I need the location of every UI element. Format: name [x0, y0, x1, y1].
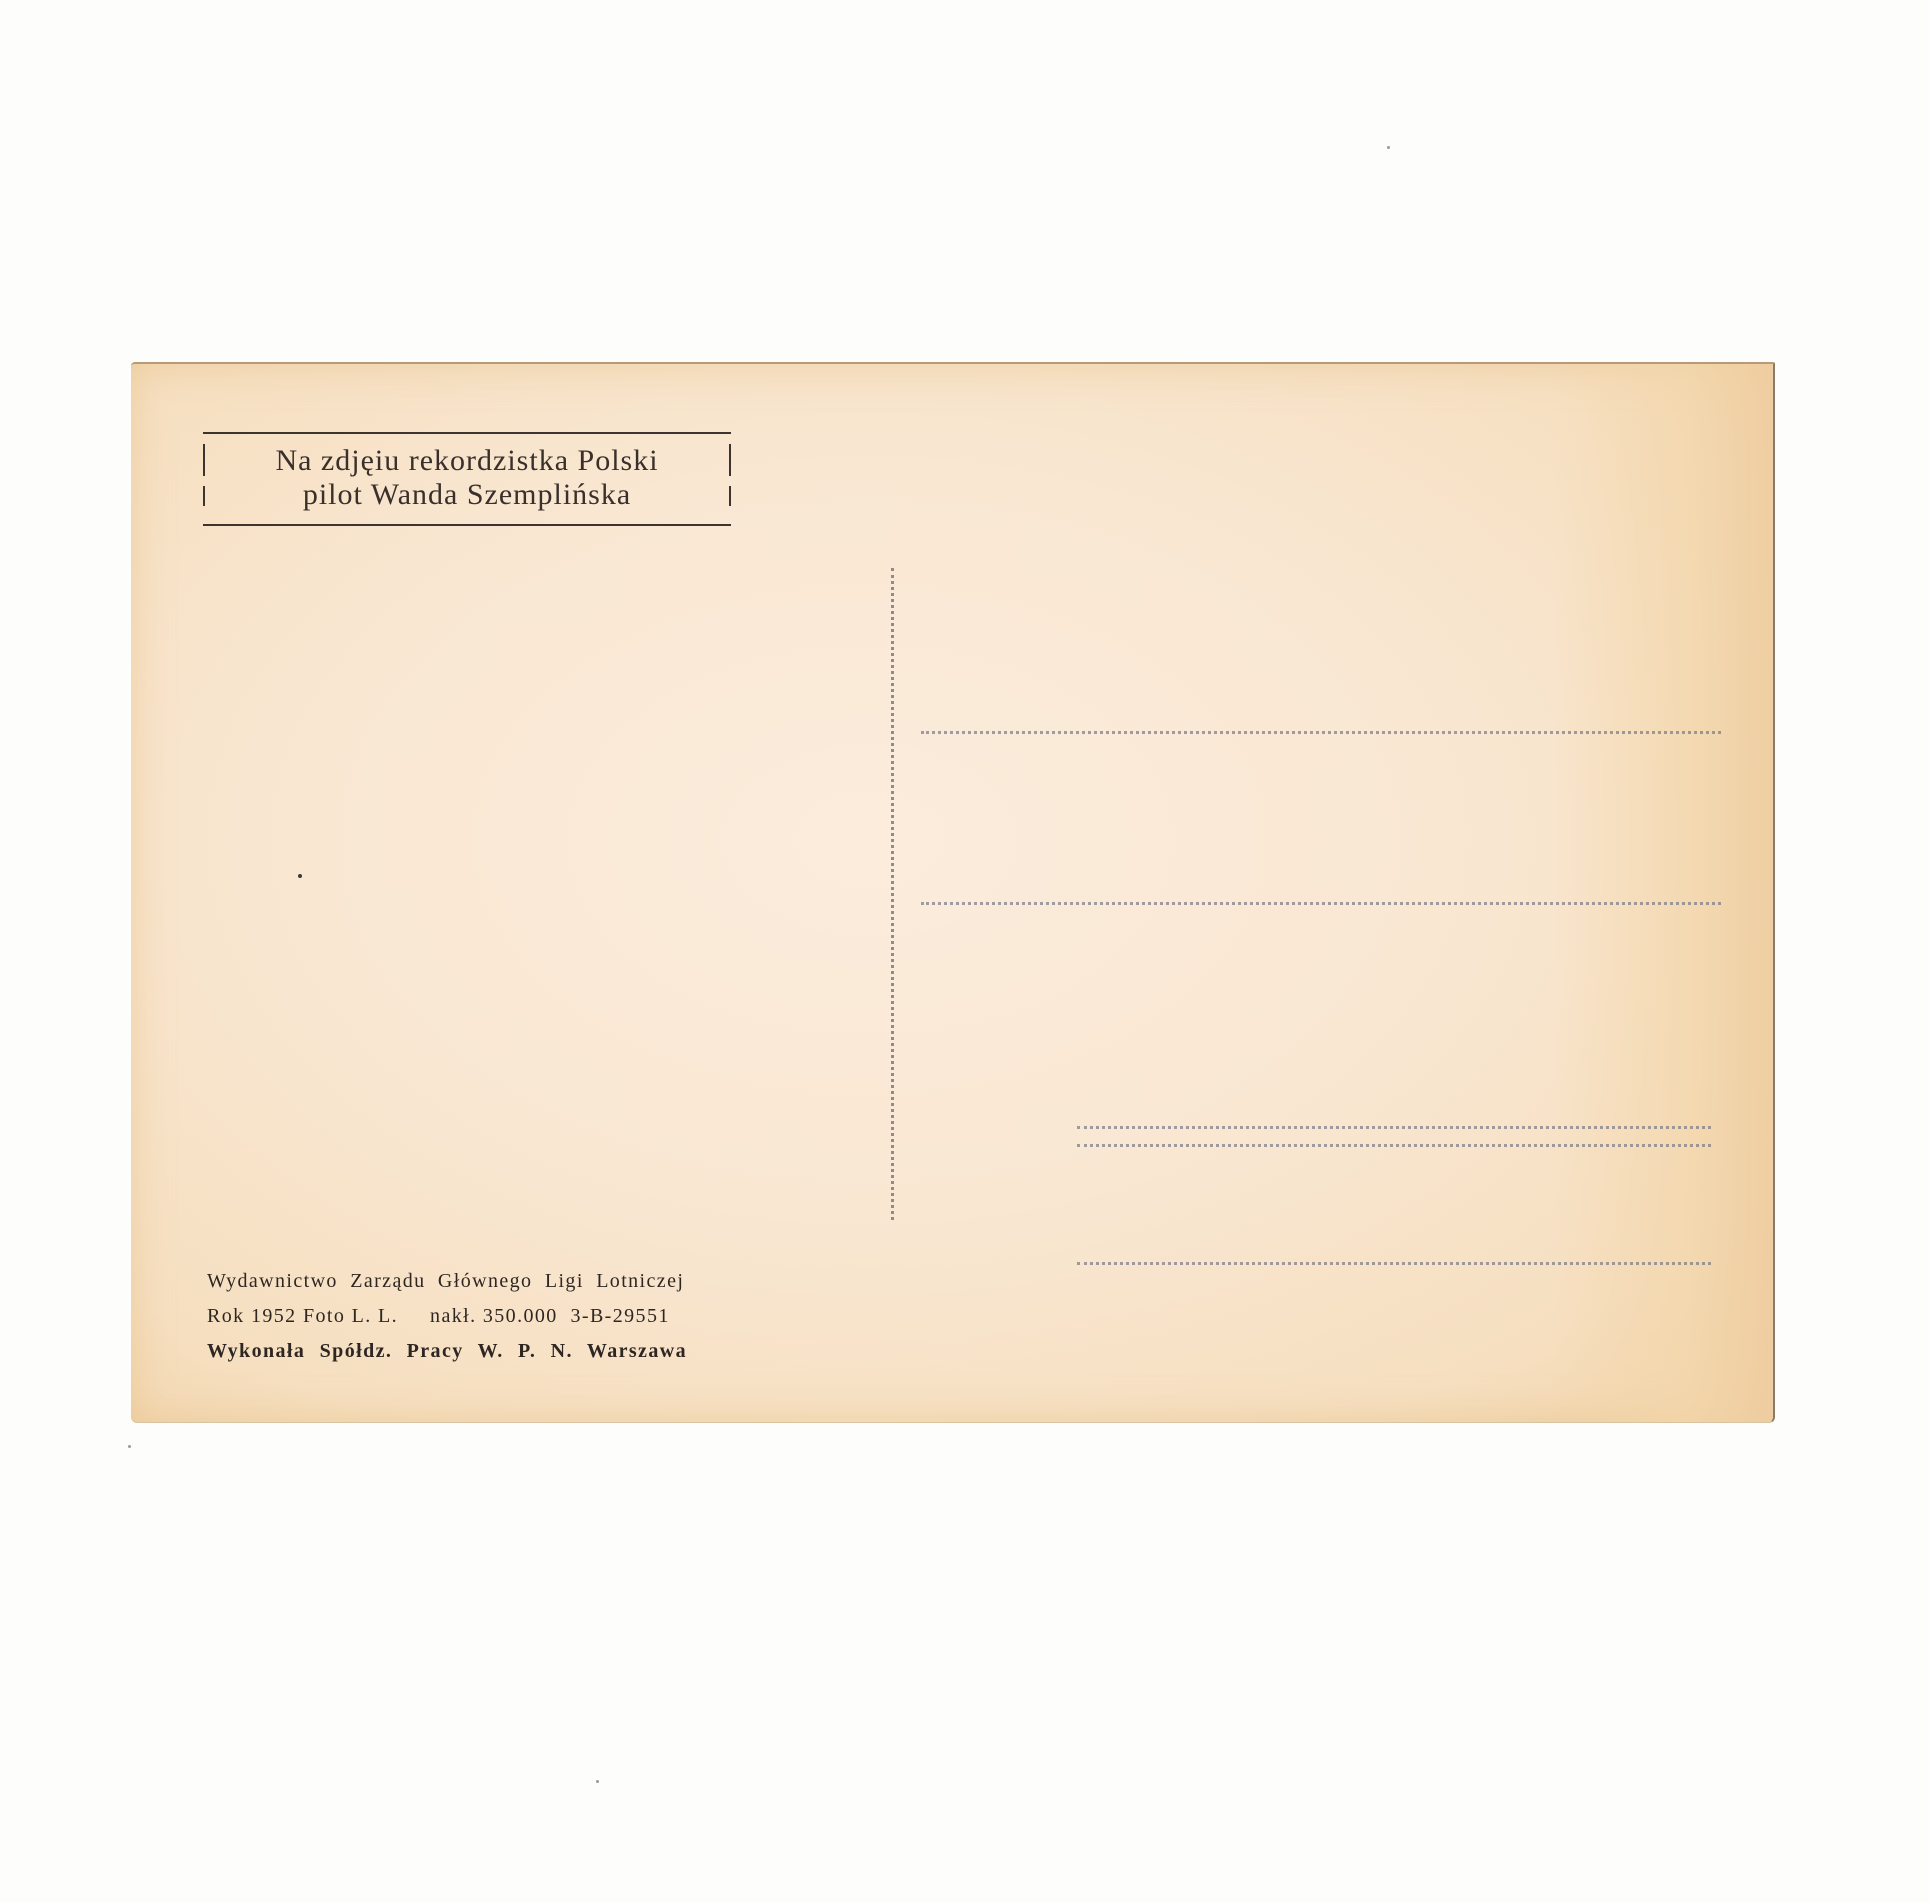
address-line-2: [921, 902, 1721, 905]
address-line-1: [921, 731, 1721, 734]
caption-line-2: pilot Wanda Szemplińska: [203, 478, 731, 512]
address-line-3: [1077, 1126, 1711, 1129]
address-line-4: [1077, 1262, 1711, 1265]
message-address-divider: [891, 568, 894, 1220]
dust-speck: [1387, 146, 1390, 149]
photo-caption-box: Na zdjęiu rekordzistka Polski pilot Wand…: [203, 432, 731, 526]
address-line-3b: [1077, 1144, 1711, 1147]
imprint-year-print-run: Rok 1952 Foto L. L. nakł. 350.000 3-B-29…: [207, 1299, 827, 1334]
imprint-publisher: Wydawnictwo Zarządu Głównego Ligi Lotnic…: [207, 1264, 827, 1299]
publisher-imprint: Wydawnictwo Zarządu Głównego Ligi Lotnic…: [207, 1264, 827, 1369]
caption-line-1: Na zdjęiu rekordzistka Polski: [203, 444, 731, 478]
dust-speck: [596, 1780, 599, 1783]
imprint-printer: Wykonała Spółdz. Pracy W. P. N. Warszawa: [207, 1334, 827, 1369]
dust-speck: [128, 1445, 131, 1448]
postcard-back: Na zdjęiu rekordzistka Polski pilot Wand…: [131, 362, 1775, 1423]
ink-speck: [298, 874, 302, 878]
